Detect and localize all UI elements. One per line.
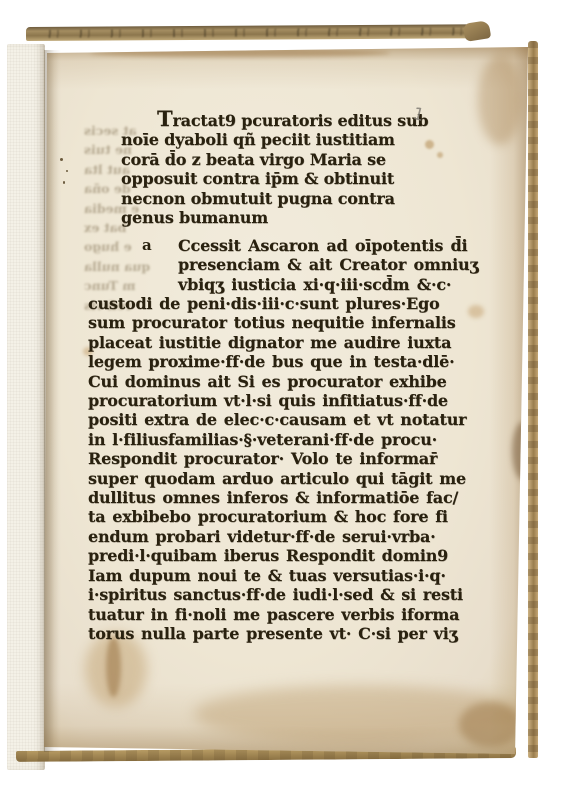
stain <box>468 305 484 318</box>
heading-line: opposuit contra ip̄m & obtinuit <box>121 169 428 188</box>
text-line: sum procurator totius nequitie infernali… <box>88 313 466 332</box>
heading-initial-capital: T <box>157 106 172 131</box>
text-line: dullitus omnes inferos & informatiōe fac… <box>88 488 466 507</box>
text-line: custodi de peni·dis·iii·c·sunt plures·Eg… <box>88 294 466 313</box>
top-edge-ink-inscription <box>40 27 462 38</box>
text-line: predi·l·quibam iberus Respondit domin9 <box>88 546 466 565</box>
front-endpaper <box>7 44 45 770</box>
heading-line: Tractat9 pcuratoris editus sub <box>121 109 428 130</box>
stain <box>459 702 521 747</box>
stain <box>90 49 390 57</box>
body-text-full-lines: custodi de peni·dis·iii·c·sunt plures·Eg… <box>88 294 466 643</box>
text-line: torus nulla parte presente vt· C·si per … <box>88 624 466 643</box>
body-text-indented-lines: Ccessit Ascaron ad oīpotentis d̄ipresenc… <box>88 236 478 294</box>
book-top-edge-corner <box>463 20 491 42</box>
ink-speck <box>63 181 65 184</box>
heading-line-text: ractat9 pcuratoris editus sub <box>172 111 428 130</box>
text-line: tuatur in fi·noli me pascere verbis ifor… <box>88 605 466 624</box>
stain <box>437 152 443 158</box>
gutter-shadow <box>44 50 61 752</box>
stain <box>478 55 522 145</box>
incipit-heading: Tractat9 pcuratoris editus sub noīe dyab… <box>121 109 428 227</box>
text-line: super quodam arduo articulo qui tāgit me <box>88 469 466 488</box>
text-line: Respondit procurator· Volo te informar̄ <box>88 449 466 468</box>
text-line: endum probari videtur·ff·de serui·vrba· <box>88 527 466 546</box>
text-line: legem proxime·ff·de bus que in testa·dlē… <box>88 352 466 371</box>
text-line: vbiqʒ iusticia xi·q·iii·scd̄m &·c· <box>88 275 478 294</box>
text-line: positi extra de elec·c·causam et vt nota… <box>88 410 466 429</box>
text-line: procuratorium vt·l·si quis infitiatus·ff… <box>88 391 466 410</box>
text-line: ta exbibebo procuratorium & hoc fore fi <box>88 507 466 526</box>
text-line: presenciam & ait Creator omniuʒ <box>88 255 478 274</box>
text-line: i·spiritus sanctus·ff·de iudi·l·sed & si… <box>88 585 466 604</box>
text-line: Iam dupum noui te & tuas versutias·i·q· <box>88 566 466 585</box>
ink-speck <box>60 158 63 161</box>
heading-line: necnon obmutuit pugna contra <box>121 189 428 208</box>
text-line: Cui dominus ait Si es procurator exhibe <box>88 372 466 391</box>
text-line: Ccessit Ascaron ad oīpotentis d̄i <box>88 236 478 255</box>
ink-speck <box>66 170 68 172</box>
heading-line: genus bumanum <box>121 208 428 227</box>
text-line: in l·filiusfamilias·§·veterani·ff·de pro… <box>88 430 466 449</box>
text-line: placeat iustitie dignator me audire iuxt… <box>88 333 466 352</box>
book-top-edge <box>26 24 482 41</box>
heading-line: corā d̄o z beata virgo Maria se <box>121 150 428 169</box>
heading-line: noīe dyaboli qñ peciit iustitiam <box>121 130 428 149</box>
book-fore-edge <box>528 41 538 758</box>
stain <box>106 637 121 697</box>
